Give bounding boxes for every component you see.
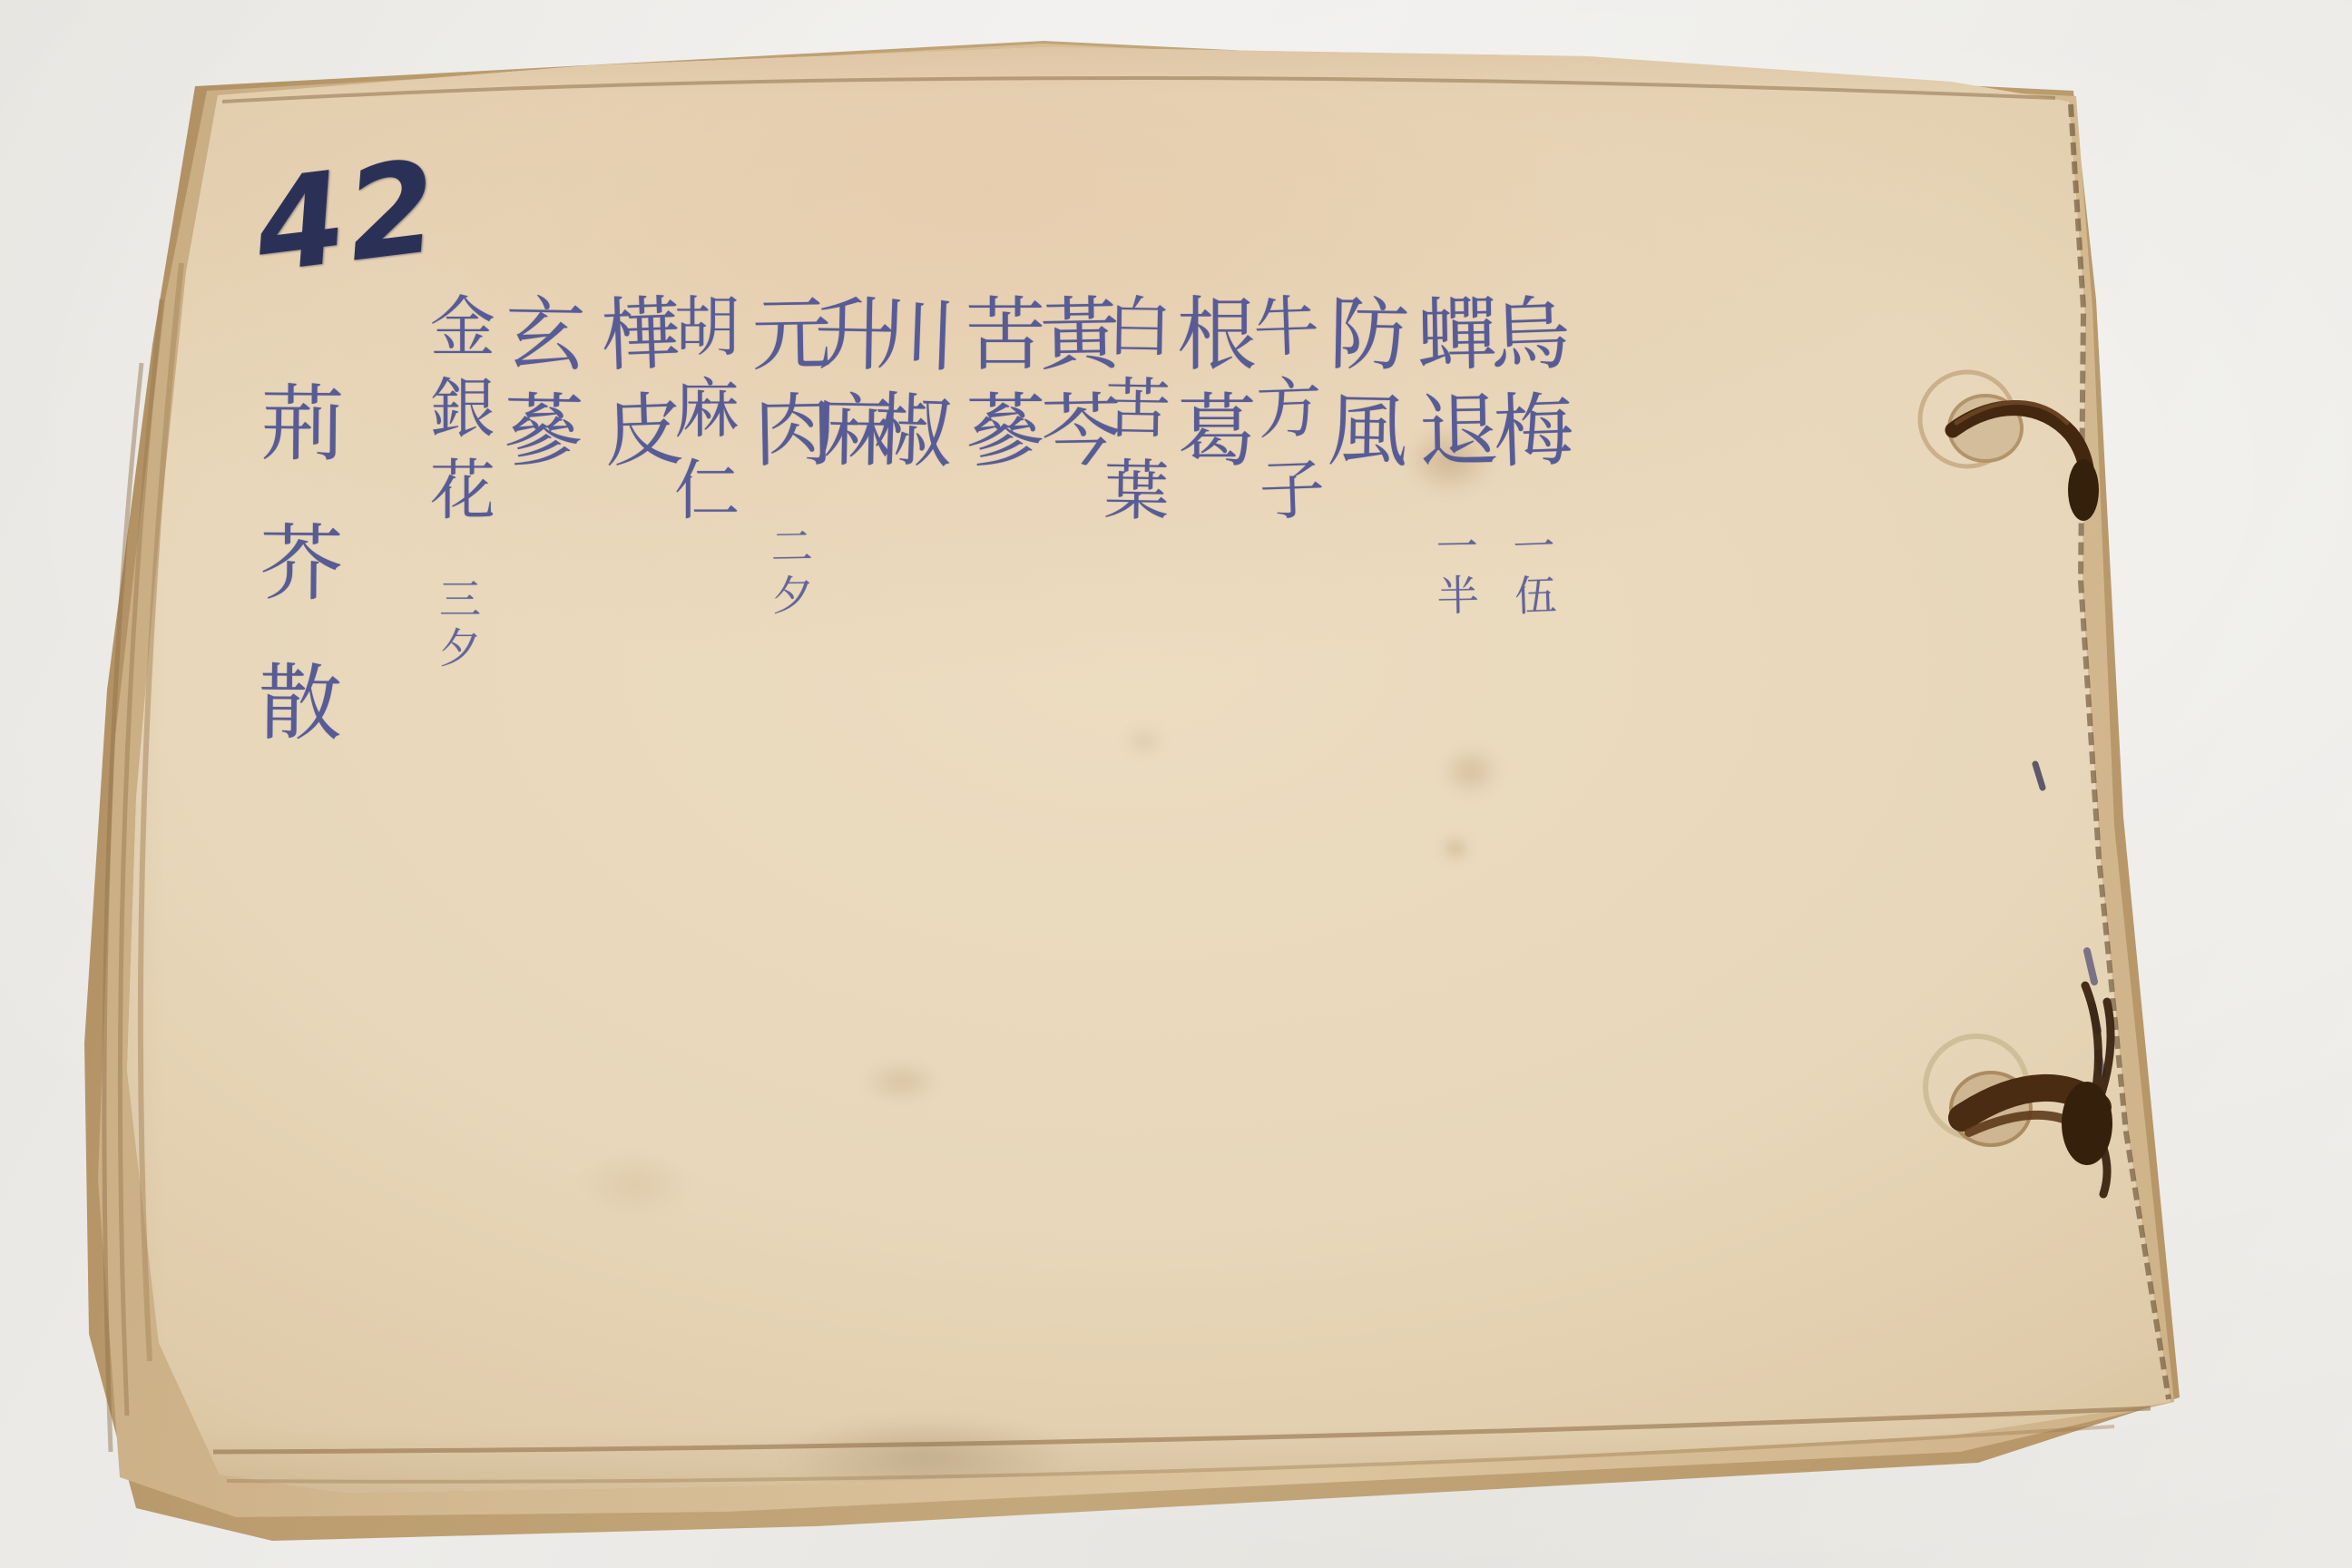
- ingredient-dose: 二夕: [764, 524, 815, 623]
- ingredient-dose: 一半: [1429, 524, 1480, 623]
- paper-stain: [1441, 746, 1501, 797]
- prescription-title: 荊芥散: [232, 378, 356, 799]
- ingredient-dose: 一伍: [1506, 524, 1559, 623]
- ingredient-column: 金銀花三夕: [410, 292, 505, 675]
- ingredient-name: 元肉: [739, 291, 836, 485]
- paper-stain: [1441, 837, 1470, 860]
- ingredient-dose: 三夕: [433, 577, 482, 675]
- page-number: 42: [248, 132, 448, 302]
- photo-background: 42 烏梅一伍蟬退一半防風牛方子根葛白苦葉黃芩苦蔘川椒升麻元肉二夕胡麻仁樺皮玄蔘…: [0, 0, 2352, 1568]
- ingredient-name: 樺皮: [586, 290, 686, 485]
- paper-stain: [1123, 726, 1165, 757]
- manuscript-page: 42 烏梅一伍蟬退一半防風牛方子根葛白苦葉黃芩苦蔘川椒升麻元肉二夕胡麻仁樺皮玄蔘…: [0, 0, 2352, 1568]
- ingredient-name: 玄蔘: [490, 291, 587, 485]
- paper-stain: [581, 1152, 690, 1216]
- paper-stain: [862, 1060, 940, 1103]
- ingredient-name: 金銀花: [419, 292, 495, 537]
